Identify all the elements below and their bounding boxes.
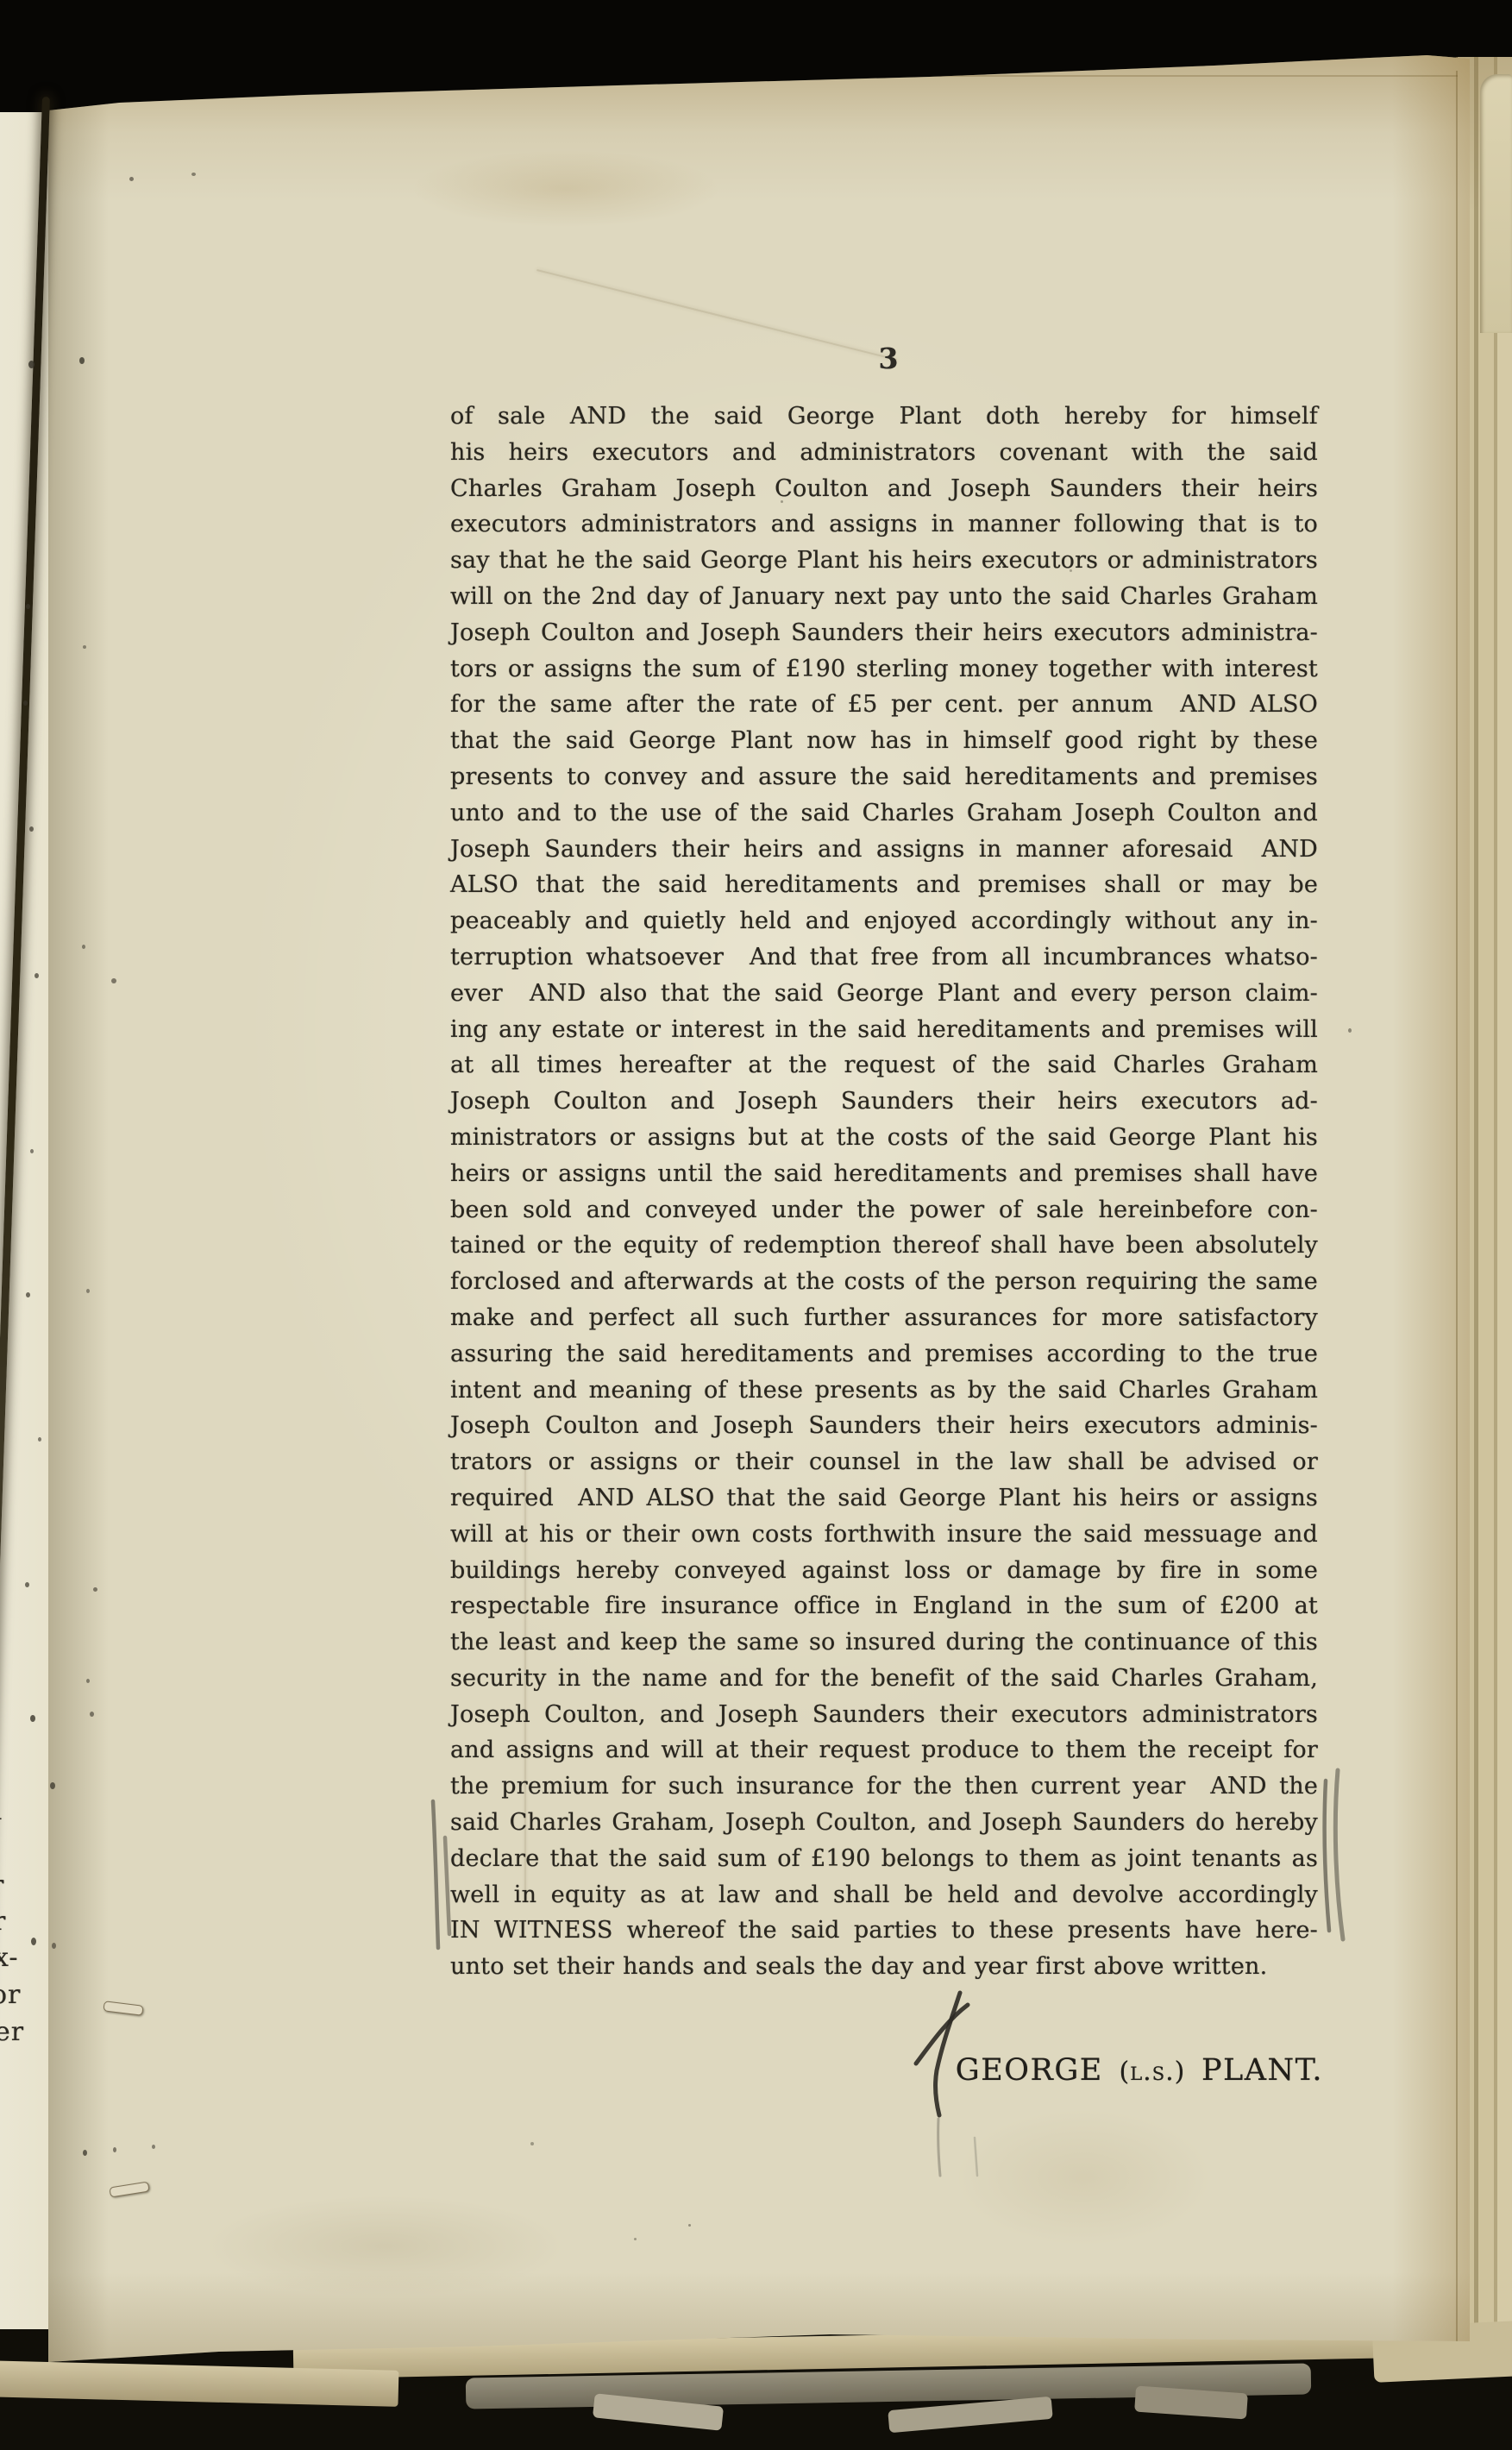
signatory-surname: PLANT. [1201,2053,1323,2088]
page-border-line-top [600,75,1458,77]
text-line: buildings hereby conveyed against loss o… [450,1553,1318,1589]
text-line: make and perfect all such further assura… [450,1300,1318,1336]
text-line: will on the 2nd day of January next pay … [450,579,1318,615]
text-line: that the said George Plant now has in hi… [450,723,1318,759]
text-fragment: or [0,1980,21,2010]
text-line: terruption whatsoever And that free from… [450,939,1318,976]
text-line: say that he the said George Plant his he… [450,543,1318,579]
text-line: peaceably and quietly held and enjoyed a… [450,903,1318,939]
text-line: well in equity as at law and shall be he… [450,1877,1318,1913]
text-line: Joseph Coulton and Joseph Saunders their… [450,615,1318,651]
text-line: Joseph Coulton, and Joseph Saunders thei… [450,1697,1318,1733]
text-fragment: er [0,2017,24,2047]
text-line: Joseph Coulton and Joseph Saunders their… [450,1408,1318,1444]
text-line: Charles Graham Joseph Coulton and Joseph… [450,471,1318,507]
page-border-line-right [1456,71,1458,2357]
text-line: his heirs executors and administrators c… [450,435,1318,471]
aging-stain [204,2195,566,2298]
text-line: the premium for such insurance for the t… [450,1768,1318,1805]
text-line: heirs or assigns until the said heredita… [450,1156,1318,1192]
text-fragment: n [0,1796,3,1826]
text-line: said Charles Graham, Joseph Coulton, and… [450,1805,1318,1841]
scanned-deed-page: n r r x- or er 3 [0,0,1512,2450]
aging-stain [954,2108,1213,2246]
document-page: 3 of sale AND the said George Plant doth… [48,55,1470,2367]
text-line: will at his or their own costs forthwith… [450,1517,1318,1553]
text-line: the least and keep the same so insured d… [450,1624,1318,1661]
text-line: for the same after the rate of £5 per ce… [450,687,1318,723]
text-line: IN WITNESS whereof the said parties to t… [450,1913,1318,1949]
text-fragment: r [0,1907,6,1937]
text-line: been sold and conveyed under the power o… [450,1192,1318,1228]
text-line: tors or assigns the sum of £190 sterling… [450,651,1318,688]
text-fragment: x- [0,1943,19,1973]
text-line: executors administrators and assigns in … [450,506,1318,543]
text-line: unto and to the use of the said Charles … [450,795,1318,832]
text-line: unto set their hands and seals the day a… [450,1949,1318,1985]
text-fragment: r [0,1870,4,1900]
page-number: 3 [457,342,1320,375]
signature-line: GEORGE (l.s.) PLANT. [956,2053,1323,2088]
text-line: ALSO that the said hereditaments and pre… [450,867,1318,903]
aging-stain [411,150,721,228]
text-line: and assigns and will at their request pr… [450,1732,1318,1768]
text-line: assuring the said hereditaments and prem… [450,1336,1318,1373]
text-line: required AND ALSO that the said George P… [450,1480,1318,1517]
text-line: at all times hereafter at the request of… [450,1047,1318,1084]
text-line: ing any estate or interest in the said h… [450,1012,1318,1048]
text-line: forclosed and afterwards at the costs of… [450,1264,1318,1300]
text-line: presents to convey and assure the said h… [450,759,1318,795]
text-line: respectable fire insurance office in Eng… [450,1588,1318,1624]
text-line: trators or assigns or their counsel in t… [450,1444,1318,1480]
text-line: ever AND also that the said George Plant… [450,976,1318,1012]
text-line: tained or the equity of redemption there… [450,1228,1318,1264]
deed-body-text: of sale AND the said George Plant doth h… [450,399,1318,1985]
text-line: Joseph Saunders their heirs and assigns … [450,832,1318,868]
text-line: of sale AND the said George Plant doth h… [450,399,1318,435]
text-line: ministrators or assigns but at the costs… [450,1120,1318,1156]
underlying-page-corner [1480,74,1512,333]
text-line: declare that the said sum of £190 belong… [450,1841,1318,1877]
seal-notation: (l.s.) [1114,2057,1191,2087]
text-line: Joseph Coulton and Joseph Saunders their… [450,1084,1318,1120]
signatory-first-name: GEORGE [956,2053,1103,2088]
text-line: security in the name and for the benefit… [450,1661,1318,1697]
text-line: intent and meaning of these presents as … [450,1373,1318,1409]
